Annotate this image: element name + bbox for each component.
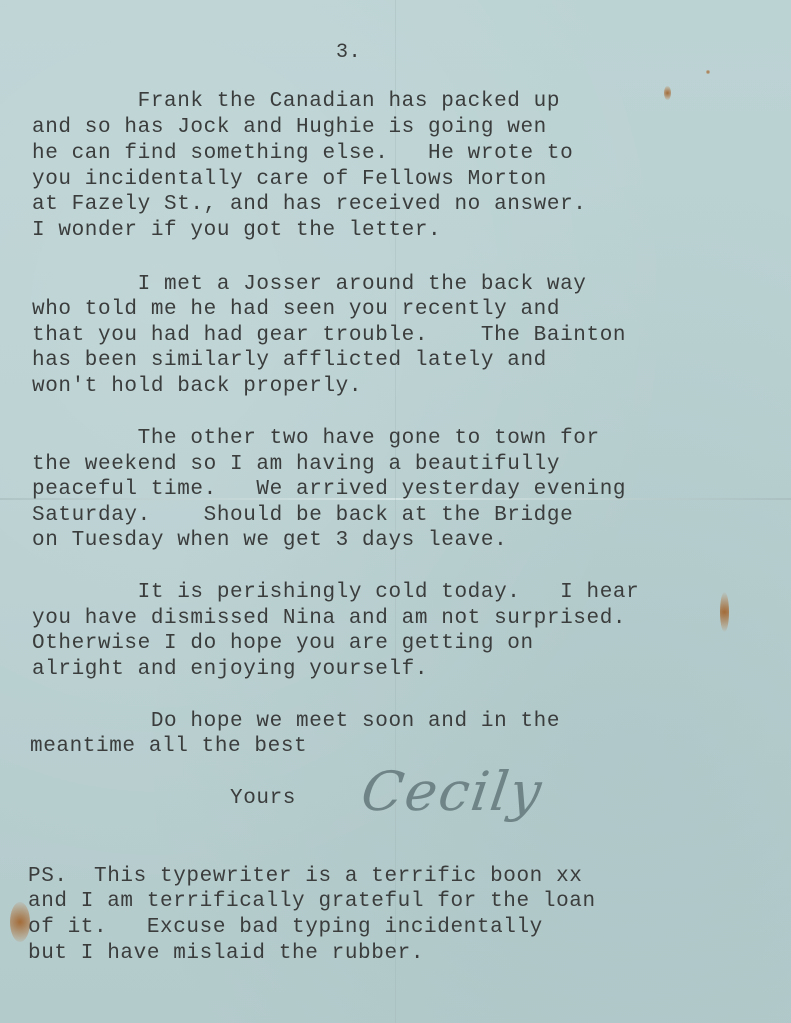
rust-stain <box>720 592 729 632</box>
paragraph-2-line-4: has been similarly afflicted lately and <box>32 348 547 373</box>
paragraph-2-line-1: I met a Josser around the back way <box>32 272 587 297</box>
letter-page: 3. Frank the Canadian has packed up and … <box>0 0 791 1023</box>
paragraph-3-line-3: peaceful time. We arrived yesterday even… <box>32 477 626 502</box>
paragraph-4-line-4: alright and enjoying yourself. <box>32 657 428 682</box>
paragraph-1-line-2: and so has Jock and Hughie is going wen <box>32 115 547 140</box>
rust-stain <box>664 86 671 100</box>
paragraph-1-line-5: at Fazely St., and has received no answe… <box>32 192 587 217</box>
closing: Yours <box>230 786 296 811</box>
paragraph-2-line-2: who told me he had seen you recently and <box>32 297 560 322</box>
paragraph-4-line-3: Otherwise I do hope you are getting on <box>32 631 534 656</box>
paragraph-5-line-1: Do hope we meet soon and in the <box>32 709 560 734</box>
paragraph-2-line-5: won't hold back properly. <box>32 374 362 399</box>
paragraph-5-line-2: meantime all the best <box>30 734 307 759</box>
paragraph-3-line-4: Saturday. Should be back at the Bridge <box>32 503 573 528</box>
paragraph-3-line-1: The other two have gone to town for <box>32 426 600 451</box>
paragraph-1-line-1: Frank the Canadian has packed up <box>32 89 560 114</box>
page-number: 3. <box>336 40 361 65</box>
paragraph-4-line-2: you have dismissed Nina and am not surpr… <box>32 606 626 631</box>
paragraph-1-line-4: you incidentally care of Fellows Morton <box>32 167 547 192</box>
paragraph-1-line-3: he can find something else. He wrote to <box>32 141 573 166</box>
postscript-line-1: PS. This typewriter is a terrific boon x… <box>28 864 583 889</box>
paragraph-2-line-3: that you had had gear trouble. The Baint… <box>32 323 626 348</box>
paragraph-1-line-6: I wonder if you got the letter. <box>32 218 441 243</box>
rust-stain <box>10 902 30 942</box>
postscript-line-2: and I am terrifically grateful for the l… <box>28 889 596 914</box>
paragraph-4-line-1: It is perishingly cold today. I hear <box>32 580 639 605</box>
handwritten-signature: Cecily <box>358 760 547 823</box>
postscript-line-4: but I have mislaid the rubber. <box>28 941 424 966</box>
paragraph-3-line-5: on Tuesday when we get 3 days leave. <box>32 528 507 553</box>
postscript-line-3: of it. Excuse bad typing incidentally <box>28 915 543 940</box>
rust-stain <box>706 70 710 74</box>
paragraph-3-line-2: the weekend so I am having a beautifully <box>32 452 560 477</box>
